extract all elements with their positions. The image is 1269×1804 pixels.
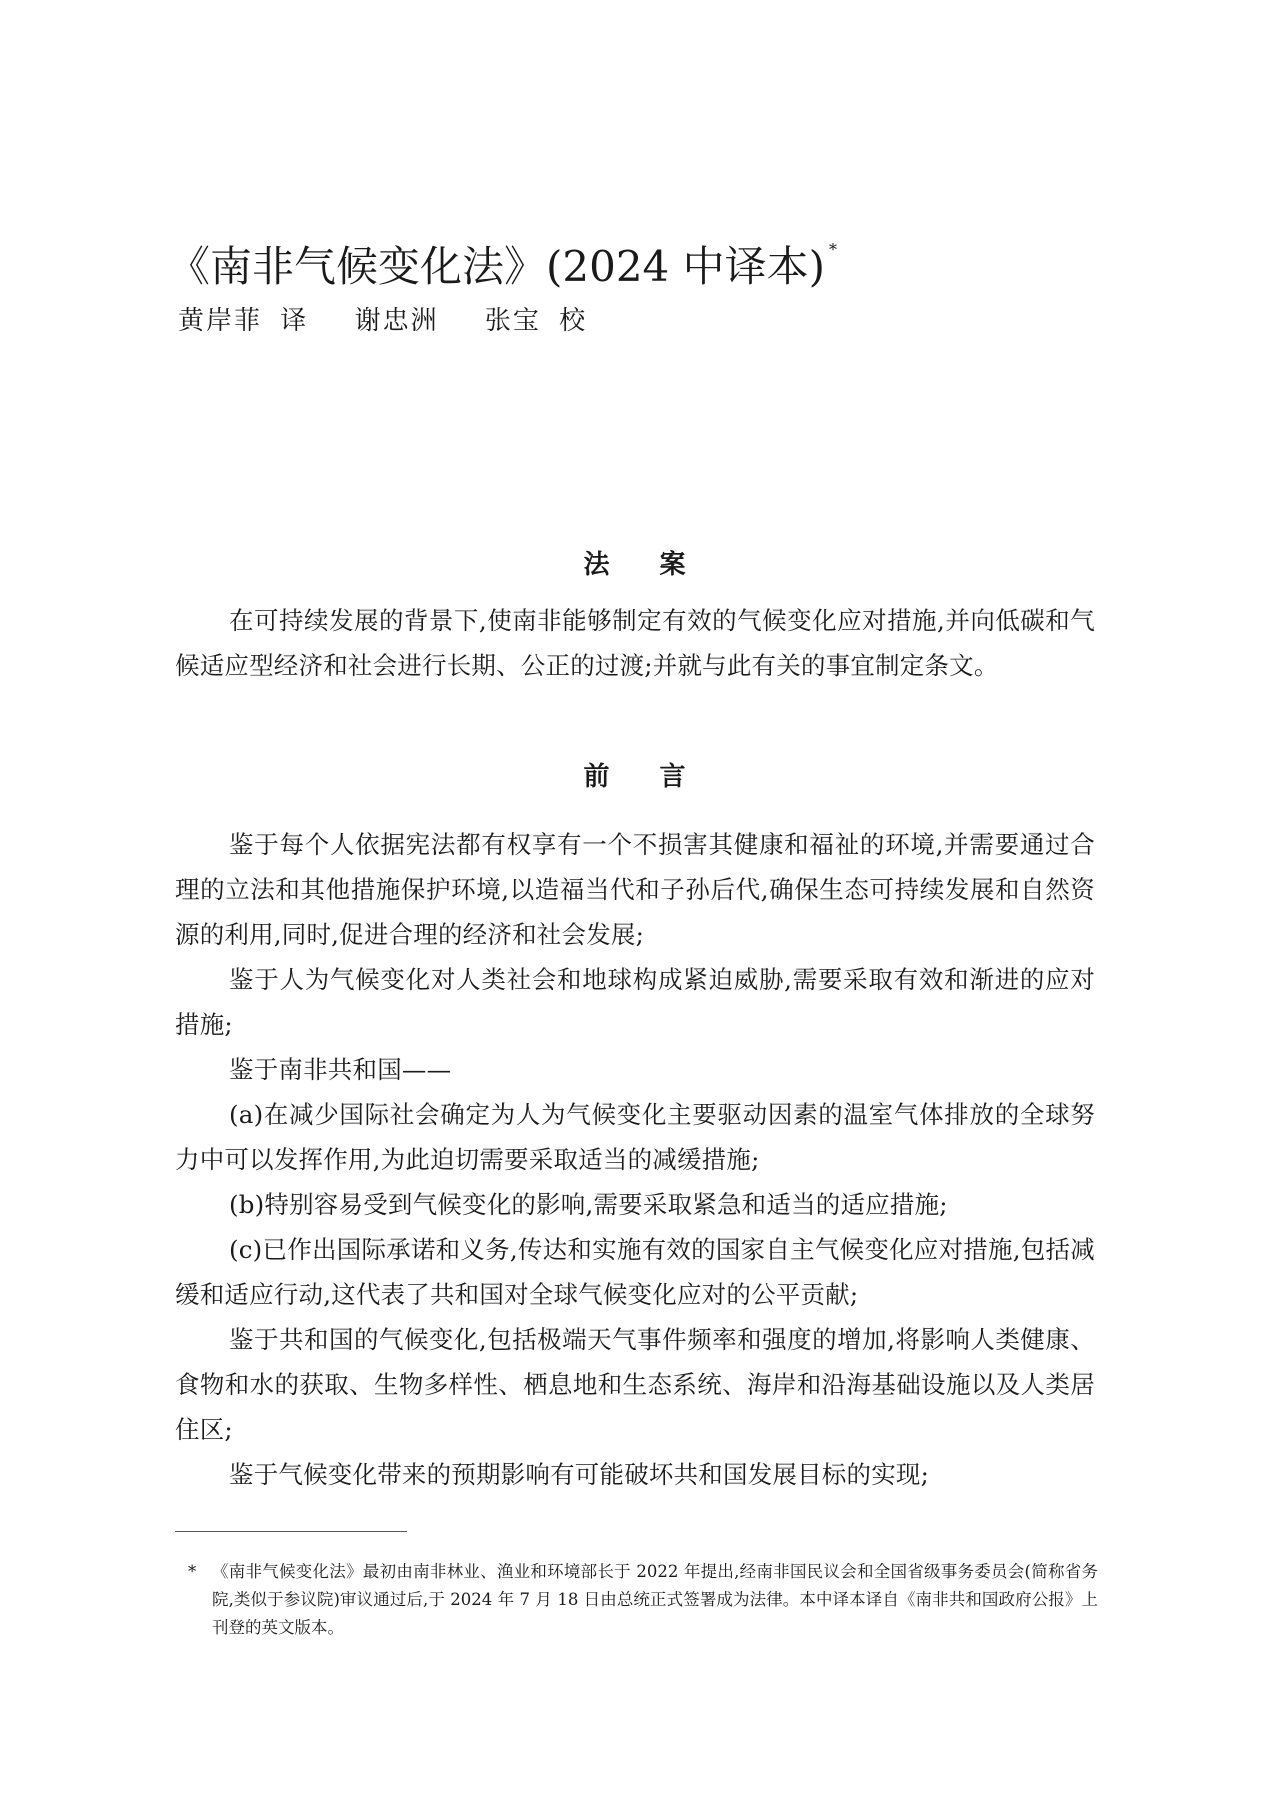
preamble-paragraph: 鉴于人为气候变化对人类社会和地球构成紧迫威胁,需要采取有效和渐进的应对措施; bbox=[175, 957, 1095, 1047]
footnote: * 《南非气候变化法》最初由南非林业、渔业和环境部长于 2022 年提出,经南非… bbox=[188, 1558, 1098, 1642]
preamble-paragraph: 鉴于每个人依据宪法都有权享有一个不损害其健康和福祉的环境,并需要通过合理的立法和… bbox=[175, 822, 1095, 957]
reviewer-name-1: 谢忠洲 bbox=[355, 304, 439, 338]
title-footnote-mark: * bbox=[829, 240, 837, 259]
preamble-paragraph: 鉴于气候变化带来的预期影响有可能破坏共和国发展目标的实现; bbox=[175, 1452, 1095, 1497]
reviewer-name-2: 张宝 bbox=[485, 304, 541, 338]
translator-role: 译 bbox=[280, 304, 308, 338]
translator-name: 黄岸菲 bbox=[178, 304, 262, 338]
footnote-divider bbox=[175, 1531, 407, 1532]
section-heading-preamble: 前言 bbox=[0, 756, 1269, 793]
preamble-item-a: (a)在减少国际社会确定为人为气候变化主要驱动因素的温室气体排放的全球努力中可以… bbox=[175, 1092, 1095, 1182]
reviewer-role: 校 bbox=[559, 304, 587, 338]
title-text: 《南非气候变化法》(2024 中译本) bbox=[168, 242, 825, 291]
preamble-paragraph: 鉴于南非共和国—— bbox=[175, 1047, 1095, 1092]
footnote-mark: * bbox=[188, 1558, 196, 1586]
bill-paragraph: 在可持续发展的背景下,使南非能够制定有效的气候变化应对措施,并向低碳和气候适应型… bbox=[175, 598, 1095, 688]
credits-line: 黄岸菲 译 谢忠洲 张宝 校 bbox=[178, 304, 587, 338]
document-title: 《南非气候变化法》(2024 中译本)* bbox=[168, 222, 837, 295]
preamble-item-b: (b)特别容易受到气候变化的影响,需要采取紧急和适当的适应措施; bbox=[175, 1182, 1095, 1227]
footnote-text: 《南非气候变化法》最初由南非林业、渔业和环境部长于 2022 年提出,经南非国民… bbox=[212, 1558, 1098, 1642]
section-heading-bill: 法案 bbox=[0, 544, 1269, 581]
preamble-paragraph: 鉴于共和国的气候变化,包括极端天气事件频率和强度的增加,将影响人类健康、食物和水… bbox=[175, 1317, 1095, 1452]
document-page: 《南非气候变化法》(2024 中译本)* 黄岸菲 译 谢忠洲 张宝 校 法案 在… bbox=[0, 0, 1269, 1804]
preamble-item-c: (c)已作出国际承诺和义务,传达和实施有效的国家自主气候变化应对措施,包括减缓和… bbox=[175, 1227, 1095, 1317]
